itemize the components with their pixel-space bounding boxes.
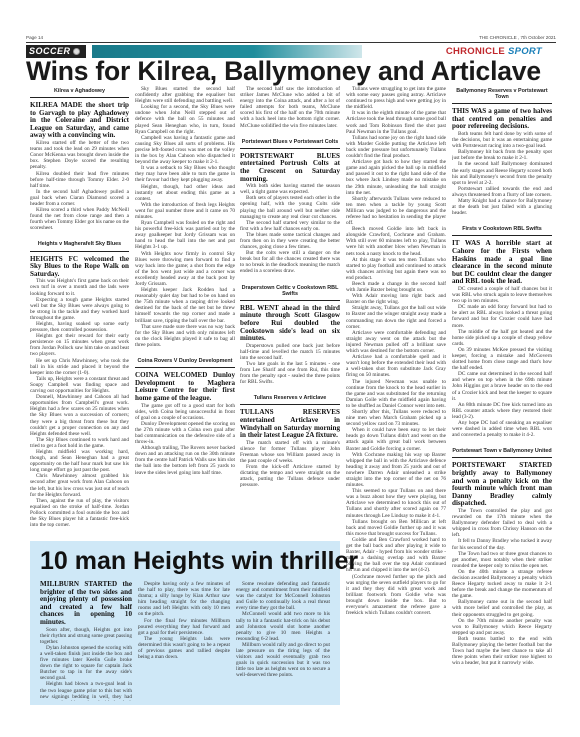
paragraph: The match started off with a minute's si… xyxy=(240,440,340,464)
column-5: Ballymoney Reserves v Portstewart Town T… xyxy=(452,86,552,706)
article-lead: PORTSTEWART BLUES entertained Portrush C… xyxy=(240,153,340,183)
paragraph: Goldie and Ben Crawford worked hard to g… xyxy=(346,537,446,574)
feature-box: 10 man Heights win thriller MILLBURN STA… xyxy=(30,541,340,705)
article-lead: COINA WELCOMED Dunloy Development to Mag… xyxy=(135,372,235,402)
column-1: Kilrea v Aghadowey KILREA MADE the short… xyxy=(30,86,129,536)
article-title: Heights v Magherafelt Sky Blues xyxy=(30,239,129,251)
paragraph: Dunloy Development opened the scoring on… xyxy=(135,421,235,445)
paragraph: Two late goals in the last 5 minutes - o… xyxy=(240,361,340,385)
paragraph: Articlave had a comfortable spell and it… xyxy=(346,354,446,378)
paragraph: Campbell was having a fantastic game and… xyxy=(135,135,235,165)
paragraph: The game got off to a good start for bot… xyxy=(135,403,235,421)
paragraph: Millburn would rally and go direct to pu… xyxy=(236,642,330,679)
publication-date: THE CHRONICLE , 7th October 2021 xyxy=(479,35,556,40)
paragraph: This seemed to spur Tullans on and there… xyxy=(346,488,446,518)
paragraph: Kilrea scored a third when Paddy McNeill… xyxy=(30,207,129,231)
paragraph: Matty Knight had a chance for Ballymoney… xyxy=(452,198,552,216)
page-header: Page 14 THE CHRONICLE , 7th October 2021 xyxy=(26,34,556,43)
paragraph: The young Heights lads were determined t… xyxy=(138,636,230,660)
feature-column-1: MILLBURN STARTED the brighter of the two… xyxy=(40,581,132,701)
paragraph: At this stage it was ten men Tullans who… xyxy=(346,257,446,281)
paragraph: From the kick-off Articlave started by d… xyxy=(240,464,340,488)
paragraph: With Adair moving into right back and Ba… xyxy=(346,293,446,305)
paragraph: On 39 minutes McKee pressed the visiting… xyxy=(452,347,552,371)
paragraph: DC came out determined in the second hal… xyxy=(452,371,552,401)
paragraph: It was in the eighth minute of the game … xyxy=(346,110,446,134)
paragraph: (Cochrane moved further up the pitch and… xyxy=(346,574,446,617)
paragraph: Portstewart rallied towards the end and … xyxy=(452,186,552,198)
paragraph: The Town controlled the play and got rew… xyxy=(452,508,552,538)
paragraph: Heights, having soaked up some early pre… xyxy=(30,321,129,333)
paragraph: Heights keeper Jack Rodden had a reasona… xyxy=(135,287,235,324)
paragraph: Articlave got back to how they started t… xyxy=(346,159,446,196)
paragraph: When it could have been easy to let thei… xyxy=(346,427,446,451)
feature-headline: 10 man Heights win thriller xyxy=(40,547,358,576)
article-lead: THIS WAS a game of two halves that centr… xyxy=(452,108,552,131)
paragraph: Both teams felt hard done by with some o… xyxy=(452,131,552,149)
paragraph: Looking for a second, the Sky Blues were… xyxy=(135,104,235,134)
paragraph: Ryan Campbell was fouled on the right an… xyxy=(135,220,235,250)
paragraph: DC made an odd foray forward but had to … xyxy=(452,304,552,328)
article-lead: TULLANS RESERVES entertained Articlave i… xyxy=(240,409,340,439)
paragraph: Heights, though, had other ideas and ins… xyxy=(135,184,235,202)
article-title: Kilrea v Aghadowey xyxy=(30,86,129,98)
paragraph: The middle of the half got heated and th… xyxy=(452,329,552,347)
paragraph: Although trailing, The Rovers never back… xyxy=(135,445,235,475)
paragraph: Dylan Johnston opened the scoring with a… xyxy=(40,645,132,682)
paragraph: Sky Blues started the second half confid… xyxy=(135,86,235,104)
article-title: Draperstown Celtic v Cookstown RBL Swift… xyxy=(240,283,340,301)
article-lead: RBL WENT ahead in the third minute throu… xyxy=(240,305,340,343)
page-headline: Wins for Kilrea, Ballymoney and Articlav… xyxy=(26,56,556,87)
paragraph: Kilrea doubled their lead five minutes b… xyxy=(30,171,129,189)
column-2: Sky Blues started the second half confid… xyxy=(135,86,235,536)
paragraph: The Sky Blues continued to work hard and… xyxy=(30,437,129,449)
paragraph: Despite having only a few minutes of the… xyxy=(138,581,230,618)
paragraph: Tullans were struggling to get into the … xyxy=(346,86,446,110)
paragraph: Heights got their reward for their early… xyxy=(30,333,129,357)
paragraph: With Cochrane making his way up Baxter w… xyxy=(346,452,446,489)
paragraph: McConnell would add two more to his tall… xyxy=(236,611,330,641)
paragraph: DC created a couple of half chances but … xyxy=(452,286,552,304)
article-title: Portstewart Town v Ballymoney United xyxy=(452,446,552,458)
paragraph: With both sides having started the seaso… xyxy=(240,183,340,195)
paragraph: That save made sure there was no way bac… xyxy=(135,324,235,348)
article-lead: KILREA MADE the short trip to Garvagh to… xyxy=(30,102,129,140)
paragraph: Both teams battled to the end with Bally… xyxy=(452,636,552,666)
paragraph: Straight away, Tullans got the ball out … xyxy=(346,305,446,329)
article-lead: MILLBURN STARTED the brighter of the two… xyxy=(40,581,132,627)
paragraph: Heights midfield was working hard, thoug… xyxy=(30,449,129,473)
paragraph: Kilrea started off the better of the two… xyxy=(30,140,129,170)
paragraph: Heights had blown a two-goal lead in the… xyxy=(40,681,132,701)
feature-column-3: Some resolute defending and fantastic en… xyxy=(236,581,330,701)
paragraph: The second half started very similar to … xyxy=(240,220,340,232)
paragraph: Soon after, though, Heights got into the… xyxy=(40,627,132,645)
paragraph: Any hope DC had of sneaking an equaliser… xyxy=(452,420,552,438)
paragraph: On the 70th minute another penalty was w… xyxy=(452,618,552,636)
paragraph: The second half saw the introduction of … xyxy=(240,86,340,129)
paragraph: Beech moved Goldie into left back in alo… xyxy=(346,226,446,256)
page-number: Page 14 xyxy=(26,35,43,40)
paragraph: With the introduction of fresh legs Heig… xyxy=(135,202,235,220)
paragraph: Ballymoney hit back from the penalty spo… xyxy=(452,149,552,161)
paragraph: It was a setback to Sky Blues who though… xyxy=(135,165,235,183)
paragraph: He set up Chris Mawhinney, who took the … xyxy=(30,358,129,376)
paragraph: The injured Newman was unable to continu… xyxy=(346,379,446,409)
article-lead: HEIGHTS FC welcomed the Sky Blues to the… xyxy=(30,256,129,279)
article-lead: IT WAS A horrible start at Cahore for th… xyxy=(452,240,552,286)
paragraph: Donnell, Mawhinney and Cahoon all had op… xyxy=(30,394,129,437)
paragraph: Tails up, Heights were a constant threat… xyxy=(30,376,129,394)
soccer-ball-icon xyxy=(73,48,80,55)
article-title: Portstewart Blues v Portstewart Colts xyxy=(240,137,340,149)
paragraph: Shortly afterwards Tullans were reduced … xyxy=(346,196,446,226)
article-title: Ballymoney Reserves v Portstewart Town xyxy=(452,86,552,104)
column-3: The second half saw the introduction of … xyxy=(240,86,340,536)
paragraph: It fell to Danny Bradley who tucked it a… xyxy=(452,538,552,550)
paragraph: Draperstown pulled one back just before … xyxy=(240,343,340,361)
paragraph: The blues made some tactical changes and… xyxy=(240,232,340,250)
paragraph: For the final few minutes Millburn poure… xyxy=(138,618,230,636)
paragraph: The Town had two or three great chances … xyxy=(452,551,552,569)
paragraph: This was Heights's first game back on th… xyxy=(30,278,129,296)
paragraph: With Heights now firmly in control Sky B… xyxy=(135,251,235,288)
paragraph: Then, against the run of play, the visit… xyxy=(30,498,129,528)
paragraph: Tullans had some joy on the right hand s… xyxy=(346,135,446,159)
paragraph: Chris Mawhinney almost grabbed his secon… xyxy=(30,473,129,497)
article-title: Firsts v Cookstown RBL Swifts xyxy=(452,224,552,236)
article-title: Coina Rovers V Dunloy Development xyxy=(135,356,235,368)
paragraph: Shortly after this, Tullans were reduced… xyxy=(346,409,446,427)
feature-column-2: Despite having only a few minutes of the… xyxy=(138,581,230,701)
paragraph: In the second half Aghadowey pulled a go… xyxy=(30,189,129,207)
paragraph: Ballymoney came out in the second half w… xyxy=(452,599,552,617)
paragraph: But the colts were still a danger on the… xyxy=(240,250,340,274)
paragraph: Some resolute defending and fantastic en… xyxy=(236,581,330,611)
column-4: Tullans were struggling to get into the … xyxy=(346,86,446,706)
paragraph: On the 40th minute a strange referee dec… xyxy=(452,569,552,599)
article-title: Tullans Reserves v Articlave xyxy=(240,393,340,405)
paragraph: An 80th minute DC free kick turned into … xyxy=(452,402,552,420)
paragraph: Both sets of players tested each other i… xyxy=(240,195,340,219)
section-tag-label: SOCCER xyxy=(29,46,71,56)
article-lead: PORTSTEWART STARTED brightly away to Bal… xyxy=(452,462,552,508)
paragraph: Expecting a tough game Heights started w… xyxy=(30,297,129,321)
paragraph: Beech made a change in the second half w… xyxy=(346,281,446,293)
paragraph: Tullans brought on Ben Millican at left … xyxy=(346,519,446,537)
paragraph: In the second half Ballymoney dominated … xyxy=(452,161,552,185)
paragraph: Articlave were comfortable defending and… xyxy=(346,330,446,354)
